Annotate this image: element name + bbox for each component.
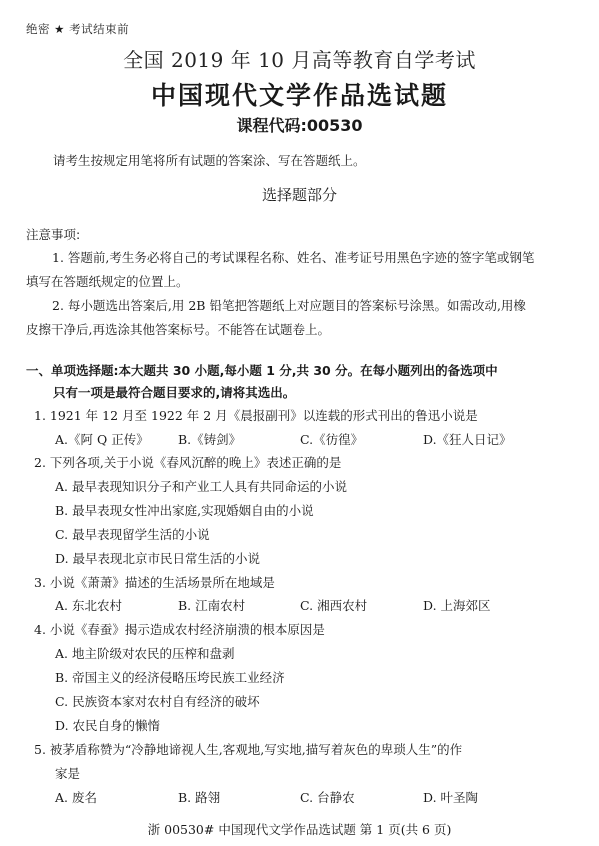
notice-title: 注意事项: xyxy=(26,225,80,243)
question-4-option-a: A. 地主阶级对农民的压榨和盘剥 xyxy=(55,644,234,662)
question-3-option-b: B. 江南农村 xyxy=(178,596,245,614)
question-3-option-c: C. 湘西农村 xyxy=(300,596,367,614)
part-heading: 一、单项选择题:本大题共 30 小题,每小题 1 分,共 30 分。在每小题列出… xyxy=(26,361,498,379)
question-2-option-c: C. 最早表现留学生活的小说 xyxy=(55,525,210,543)
question-5-option-c: C. 台静农 xyxy=(300,788,355,806)
question-5-option-a: A. 废名 xyxy=(55,788,97,806)
question-5-stem: 5. 被茅盾称赞为“冷静地谛视人生,客观地,写实地,描写着灰色的卑琐人生”的作 xyxy=(34,740,462,758)
subject-title: 中国现代文学作品选试题 xyxy=(0,76,599,112)
question-1-option-a: A.《阿 Q 正传》 xyxy=(55,430,149,448)
general-instruction: 请考生按规定用笔将所有试题的答案涂、写在答题纸上。 xyxy=(53,151,366,169)
notice-line: 1. 答题前,考生务必将自己的考试课程名称、姓名、准考证号用黑色字迹的签字笔或钢… xyxy=(52,248,534,266)
confidential-label: 绝密 ★ 考试结束前 xyxy=(26,21,129,37)
section-heading: 选择题部分 xyxy=(0,184,599,205)
course-code: 课程代码:00530 xyxy=(0,113,599,136)
question-4-stem: 4. 小说《春蚕》揭示造成农村经济崩溃的根本原因是 xyxy=(34,620,325,638)
notice-line: 皮擦干净后,再选涂其他答案标号。不能答在试题卷上。 xyxy=(26,320,330,338)
exam-title: 全国 2019 年 10 月高等教育自学考试 xyxy=(0,44,599,73)
part-heading-cont: 只有一项是最符合题目要求的,请将其选出。 xyxy=(53,383,295,401)
question-1-option-b: B.《铸剑》 xyxy=(178,430,241,448)
question-4-option-c: C. 民族资本家对农村自有经济的破坏 xyxy=(55,692,260,710)
question-3-stem: 3. 小说《萧萧》描述的生活场景所在地域是 xyxy=(34,573,275,591)
question-2-option-b: B. 最早表现女性冲出家庭,实现婚姻自由的小说 xyxy=(55,501,314,519)
notice-line: 2. 每小题选出答案后,用 2B 铅笔把答题纸上对应题目的答案标号涂黑。如需改动… xyxy=(52,296,526,314)
question-3-option-a: A. 东北农村 xyxy=(55,596,122,614)
notice-line: 填写在答题纸规定的位置上。 xyxy=(26,272,189,290)
question-4-option-b: B. 帝国主义的经济侵略压垮民族工业经济 xyxy=(55,668,285,686)
question-5-option-b: B. 路翎 xyxy=(178,788,220,806)
question-2-option-a: A. 最早表现知识分子和产业工人具有共同命运的小说 xyxy=(55,477,347,495)
question-1-option-c: C.《彷徨》 xyxy=(300,430,363,448)
question-4-option-d: D. 农民自身的懒惰 xyxy=(55,716,160,734)
question-2-option-d: D. 最早表现北京市民日常生活的小说 xyxy=(55,549,260,567)
question-3-option-d: D. 上海郊区 xyxy=(423,596,491,614)
question-1-stem: 1. 1921 年 12 月至 1922 年 2 月《晨报副刊》以连载的形式刊出… xyxy=(34,406,478,424)
question-1-option-d: D.《狂人日记》 xyxy=(423,430,512,448)
question-5-stem-cont: 家是 xyxy=(55,764,80,782)
question-5-option-d: D. 叶圣陶 xyxy=(423,788,478,806)
page-footer: 浙 00530# 中国现代文学作品选试题 第 1 页(共 6 页) xyxy=(0,820,599,838)
question-2-stem: 2. 下列各项,关于小说《春风沉醉的晚上》表述正确的是 xyxy=(34,453,341,471)
